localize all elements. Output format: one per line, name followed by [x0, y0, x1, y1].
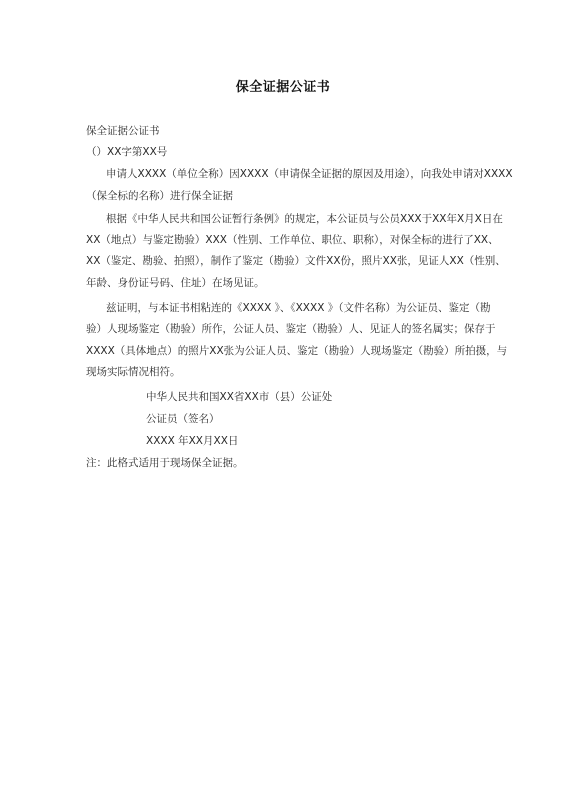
document-page: 保全证据公证书 保全证据公证书 （）XX字第XX号 申请人XXXX（单位全称）因… — [0, 0, 566, 800]
paragraph-2-line-2: XX（地点）与鉴定勘验）XXX（性别、工作单位、职位、职称），对保全标的进行了X… — [86, 233, 499, 247]
paragraph-3-line-3: XXXX（具体地点）的照片XX张为公证人员、鉴定（勘验）人现场鉴定（勘验）所拍摄… — [86, 344, 507, 358]
paragraph-3-line-4: 现场实际情况相符。 — [86, 365, 181, 379]
signature-date: XXXX 年XX月XX日 — [146, 434, 238, 448]
paragraph-3-line-1: 兹证明，与本证书相粘连的《XXXX 》、《XXXX 》（文件名称）为公证员、鉴定… — [106, 301, 490, 315]
footnote: 注：此格式适用于现场保全证据。 — [86, 456, 244, 470]
paragraph-1-line-2: （保全标的名称）进行保全证据 — [86, 189, 233, 203]
signature-office: 中华人民共和国XX省XX市（县）公证处 — [146, 390, 332, 404]
document-title: 保全证据公证书 — [0, 76, 566, 95]
paragraph-1-line-1: 申请人XXXX（单位全称）因XXXX（申请保全证据的原因及用途），向我处申请对X… — [106, 167, 513, 181]
paragraph-2-line-4: 年龄、身份证号码、住址）在场见证。 — [86, 276, 265, 290]
signature-notary: 公证员（签名） — [146, 412, 220, 426]
paragraph-3-line-2: 验）人现场鉴定（勘验）所作，公证人员、鉴定（勘验）人、见证人的签名属实；保存于 — [86, 322, 496, 336]
paragraph-2-line-3: XX（鉴定、勘验、拍照），制作了鉴定（勘验）文件XX份，照片XX张，见证人XX（… — [86, 254, 506, 268]
number-line: （）XX字第XX号 — [86, 145, 167, 159]
subtitle: 保全证据公证书 — [86, 124, 160, 138]
paragraph-2-line-1: 根据《中华人民共和国公证暂行条例》的规定，本公证员与公员XXX于XX年X月X日在 — [106, 212, 503, 226]
